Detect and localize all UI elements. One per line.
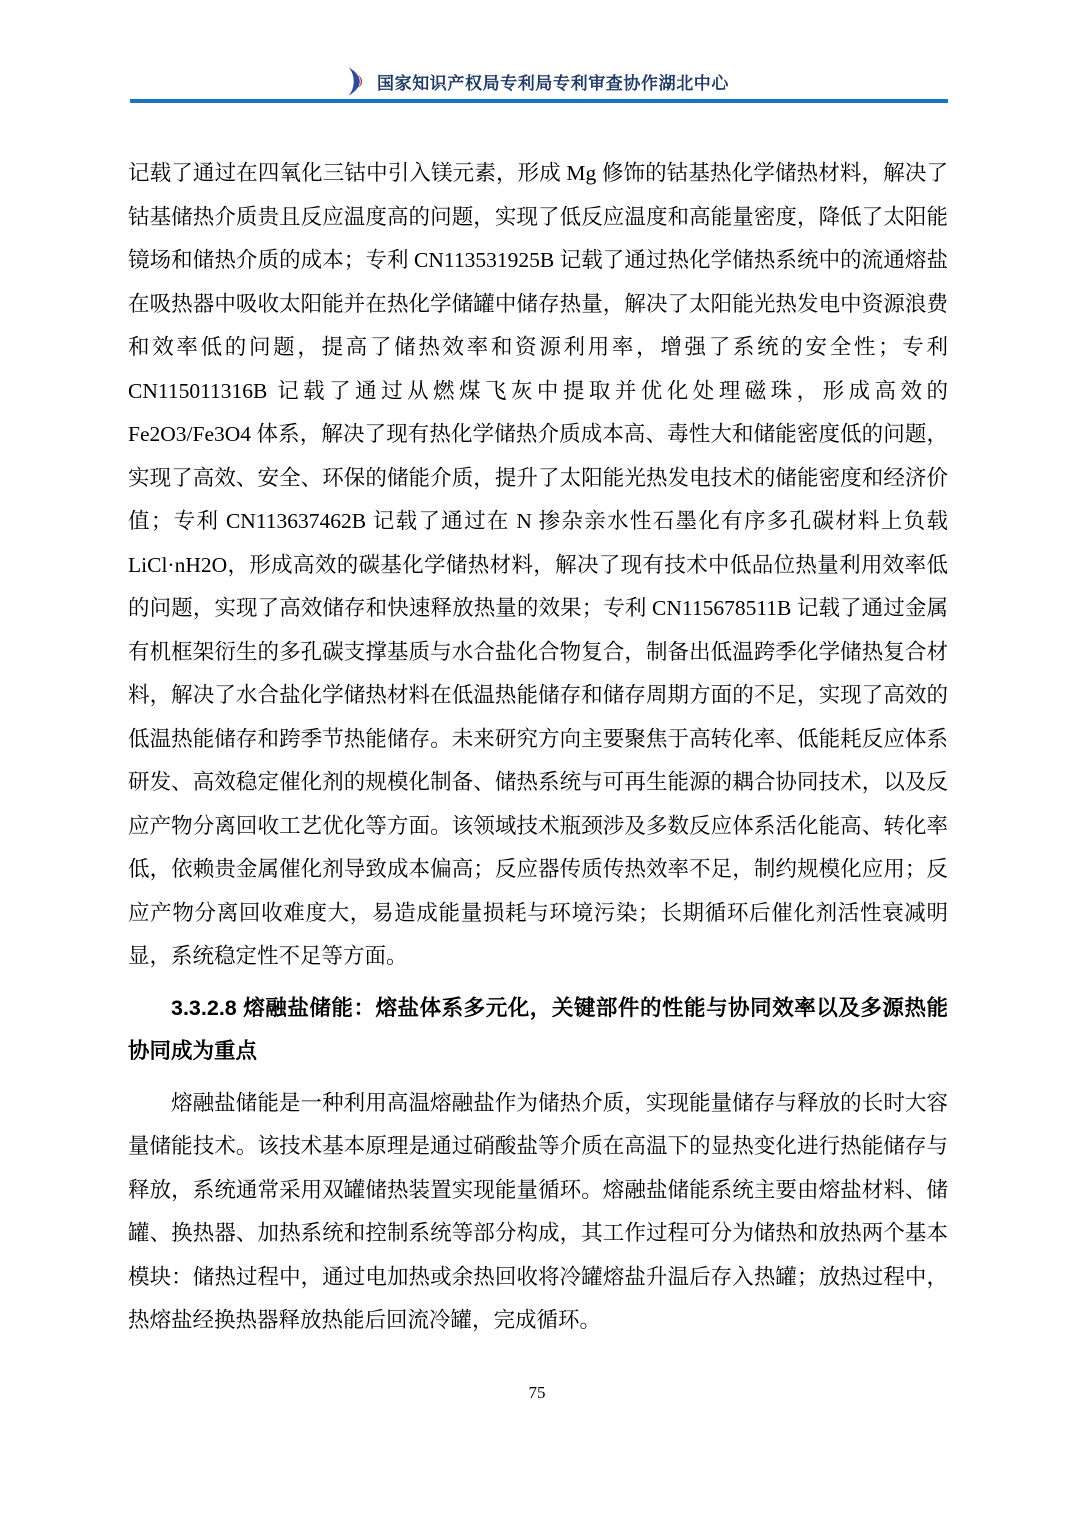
page-number: 75 xyxy=(529,1383,546,1402)
cnipa-swoosh-logo-icon xyxy=(345,67,366,96)
header-title-group: 国家知识产权局专利局专利审查协作湖北中心 xyxy=(0,64,1074,98)
header-title: 国家知识产权局专利局专利审查协作湖北中心 xyxy=(377,69,729,94)
header-rule-divider xyxy=(130,99,948,103)
paragraph-thermochemical-storage-continuation: 记载了通过在四氧化三钴中引入镁元素，形成 Mg 修饰的钴基热化学储热材料，解决了… xyxy=(128,152,948,979)
section-heading-3-3-2-8-molten-salt: 3.3.2.8 熔融盐储能：熔盐体系多元化，关键部件的性能与协同效率以及多源热能… xyxy=(128,987,948,1074)
document-body: 记载了通过在四氧化三钴中引入镁元素，形成 Mg 修饰的钴基热化学储热材料，解决了… xyxy=(128,152,948,1343)
page-footer: 75 xyxy=(0,1383,1074,1403)
document-page: 国家知识产权局专利局专利审查协作湖北中心 记载了通过在四氧化三钴中引入镁元素，形… xyxy=(0,0,1074,1520)
paragraph-molten-salt-storage: 熔融盐储能是一种利用高温熔融盐作为储热介质，实现能量储存与释放的长时大容量储能技… xyxy=(128,1082,948,1343)
